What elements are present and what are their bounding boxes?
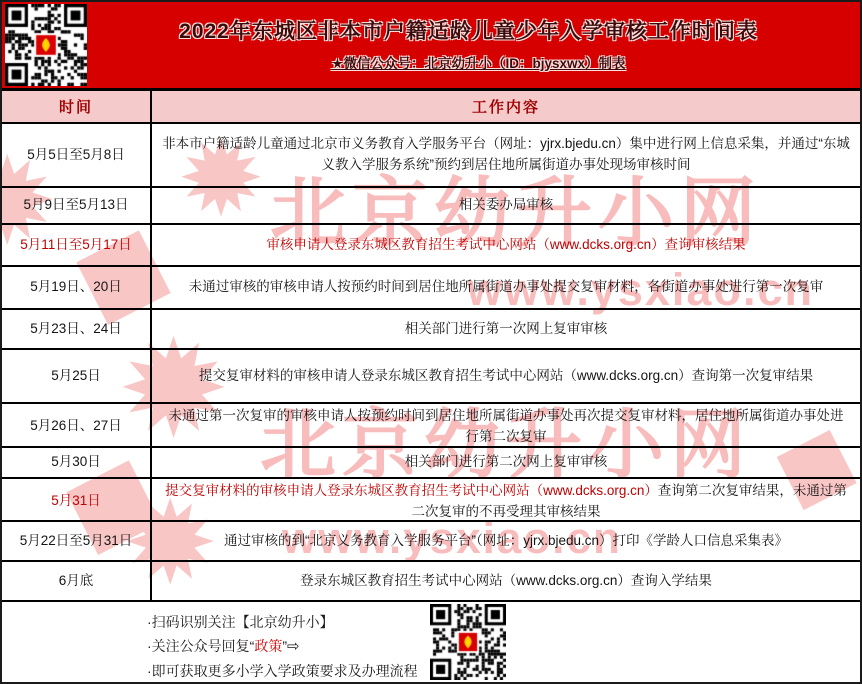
- footer-line-2: ·关注公众号回复“政策”⇨: [147, 634, 418, 659]
- time-cell: 5月19日、20日: [2, 267, 152, 308]
- table-header-row: 时间 工作内容: [2, 88, 860, 124]
- table-row: 5月11日至5月17日 审核申请人登录东城区教育招生考试中心网站（www.dck…: [2, 225, 860, 267]
- content-cell: 提交复审材料的审核申请人登录东城区教育招生考试中心网站（www.dcks.org…: [152, 479, 860, 525]
- column-header-content: 工作内容: [152, 91, 860, 122]
- page-subtitle: ★微信公众号：北京幼升小（ID：bjysxwx）制表: [2, 52, 860, 72]
- qr-code-canvas: [430, 604, 506, 680]
- table-row: 5月26日、27日 未通过第一次复审的审核申请人按预约时间到居住地所属街道办事处…: [2, 404, 860, 448]
- table-row: 5月9日至5月13日 相关委办局审核: [2, 188, 860, 225]
- header-banner: 2022年东城区非本市户籍适龄儿童少年入学审核工作时间表 ★微信公众号：北京幼升…: [2, 2, 860, 88]
- column-header-time: 时间: [2, 91, 152, 122]
- right-arrow-icon: ⇨: [287, 638, 300, 655]
- footer: ·扫码识别关注【北京幼升小】 ·关注公众号回复“政策”⇨ ·即可获取更多小学入学…: [2, 602, 860, 682]
- content-cell: 登录东城区教育招生考试中心网站（www.dcks.org.cn）查询入学结果: [152, 562, 860, 600]
- poster-page: ✹ ✹ ◆ 北京幼升小网 www.ysxiao.cn ✹ 北京幼升小网 ◆ ✹ …: [0, 0, 862, 684]
- time-cell: 5月26日、27日: [2, 404, 152, 450]
- content-cell: 未通过第一次复审的审核申请人按预约时间到居住地所属街道办事处再次提交复审材料，居…: [152, 404, 860, 450]
- content-cell: 未通过审核的审核申请人按预约时间到居住地所属街道办事处提交复审材料，各街道办事处…: [152, 267, 860, 308]
- table-row: 5月25日 提交复审材料的审核申请人登录东城区教育招生考试中心网站（www.dc…: [2, 350, 860, 404]
- content-cell: 相关部门进行第二次网上复审审核: [152, 448, 860, 477]
- content-cell: 提交复审材料的审核申请人登录东城区教育招生考试中心网站（www.dcks.org…: [152, 350, 860, 402]
- footer-line-1: ·扫码识别关注【北京幼升小】: [147, 610, 418, 634]
- table-row: 5月19日、20日 未通过审核的审核申请人按预约时间到居住地所属街道办事处提交复…: [2, 267, 860, 310]
- content-cell: 非本市户籍适龄儿童通过北京市义务教育入学服务平台（网址：yjrx.bjedu.c…: [152, 124, 860, 186]
- content-cell: 通过审核的到“北京义务教育入学服务平台”（网址：yjrx.bjedu.cn）打印…: [152, 522, 860, 560]
- table-row: 5月22日至5月31日 通过审核的到“北京义务教育入学服务平台”（网址：yjrx…: [2, 522, 860, 562]
- table-row: 5月30日 相关部门进行第二次网上复审审核: [2, 448, 860, 479]
- qr-code-footer: [430, 604, 506, 680]
- time-cell: 5月9日至5月13日: [2, 188, 152, 223]
- time-cell: 5月11日至5月17日: [2, 225, 152, 265]
- time-cell: 5月31日: [2, 479, 152, 525]
- page-title: 2022年东城区非本市户籍适龄儿童少年入学审核工作时间表: [2, 2, 860, 45]
- qr-code-banner: [5, 4, 87, 86]
- table-row: 5月31日 提交复审材料的审核申请人登录东城区教育招生考试中心网站（www.dc…: [2, 479, 860, 522]
- time-cell: 5月25日: [2, 350, 152, 402]
- time-cell: 5月30日: [2, 448, 152, 477]
- schedule-table: 时间 工作内容 5月5日至5月8日 非本市户籍适龄儿童通过北京市义务教育入学服务…: [2, 88, 860, 602]
- content-cell: 相关部门进行第一次网上复审审核: [152, 310, 860, 348]
- qr-code-canvas: [5, 4, 87, 86]
- content-cell: 相关委办局审核: [152, 188, 860, 223]
- content-cell: 审核申请人登录东城区教育招生考试中心网站（www.dcks.org.cn）查询审…: [152, 225, 860, 265]
- time-cell: 5月23日、24日: [2, 310, 152, 348]
- keyword-policy: 政策: [254, 638, 282, 654]
- time-cell: 5月22日至5月31日: [2, 522, 152, 560]
- table-row: 5月5日至5月8日 非本市户籍适龄儿童通过北京市义务教育入学服务平台（网址：yj…: [2, 124, 860, 188]
- table-row: 6月底 登录东城区教育招生考试中心网站（www.dcks.org.cn）查询入学…: [2, 562, 860, 602]
- table-row: 5月23日、24日 相关部门进行第一次网上复审审核: [2, 310, 860, 350]
- time-cell: 5月5日至5月8日: [2, 124, 152, 186]
- time-cell: 6月底: [2, 562, 152, 600]
- footer-line-3: ·即可获取更多小学入学政策要求及办理流程: [147, 659, 418, 683]
- footer-notes: ·扫码识别关注【北京幼升小】 ·关注公众号回复“政策”⇨ ·即可获取更多小学入学…: [147, 610, 418, 683]
